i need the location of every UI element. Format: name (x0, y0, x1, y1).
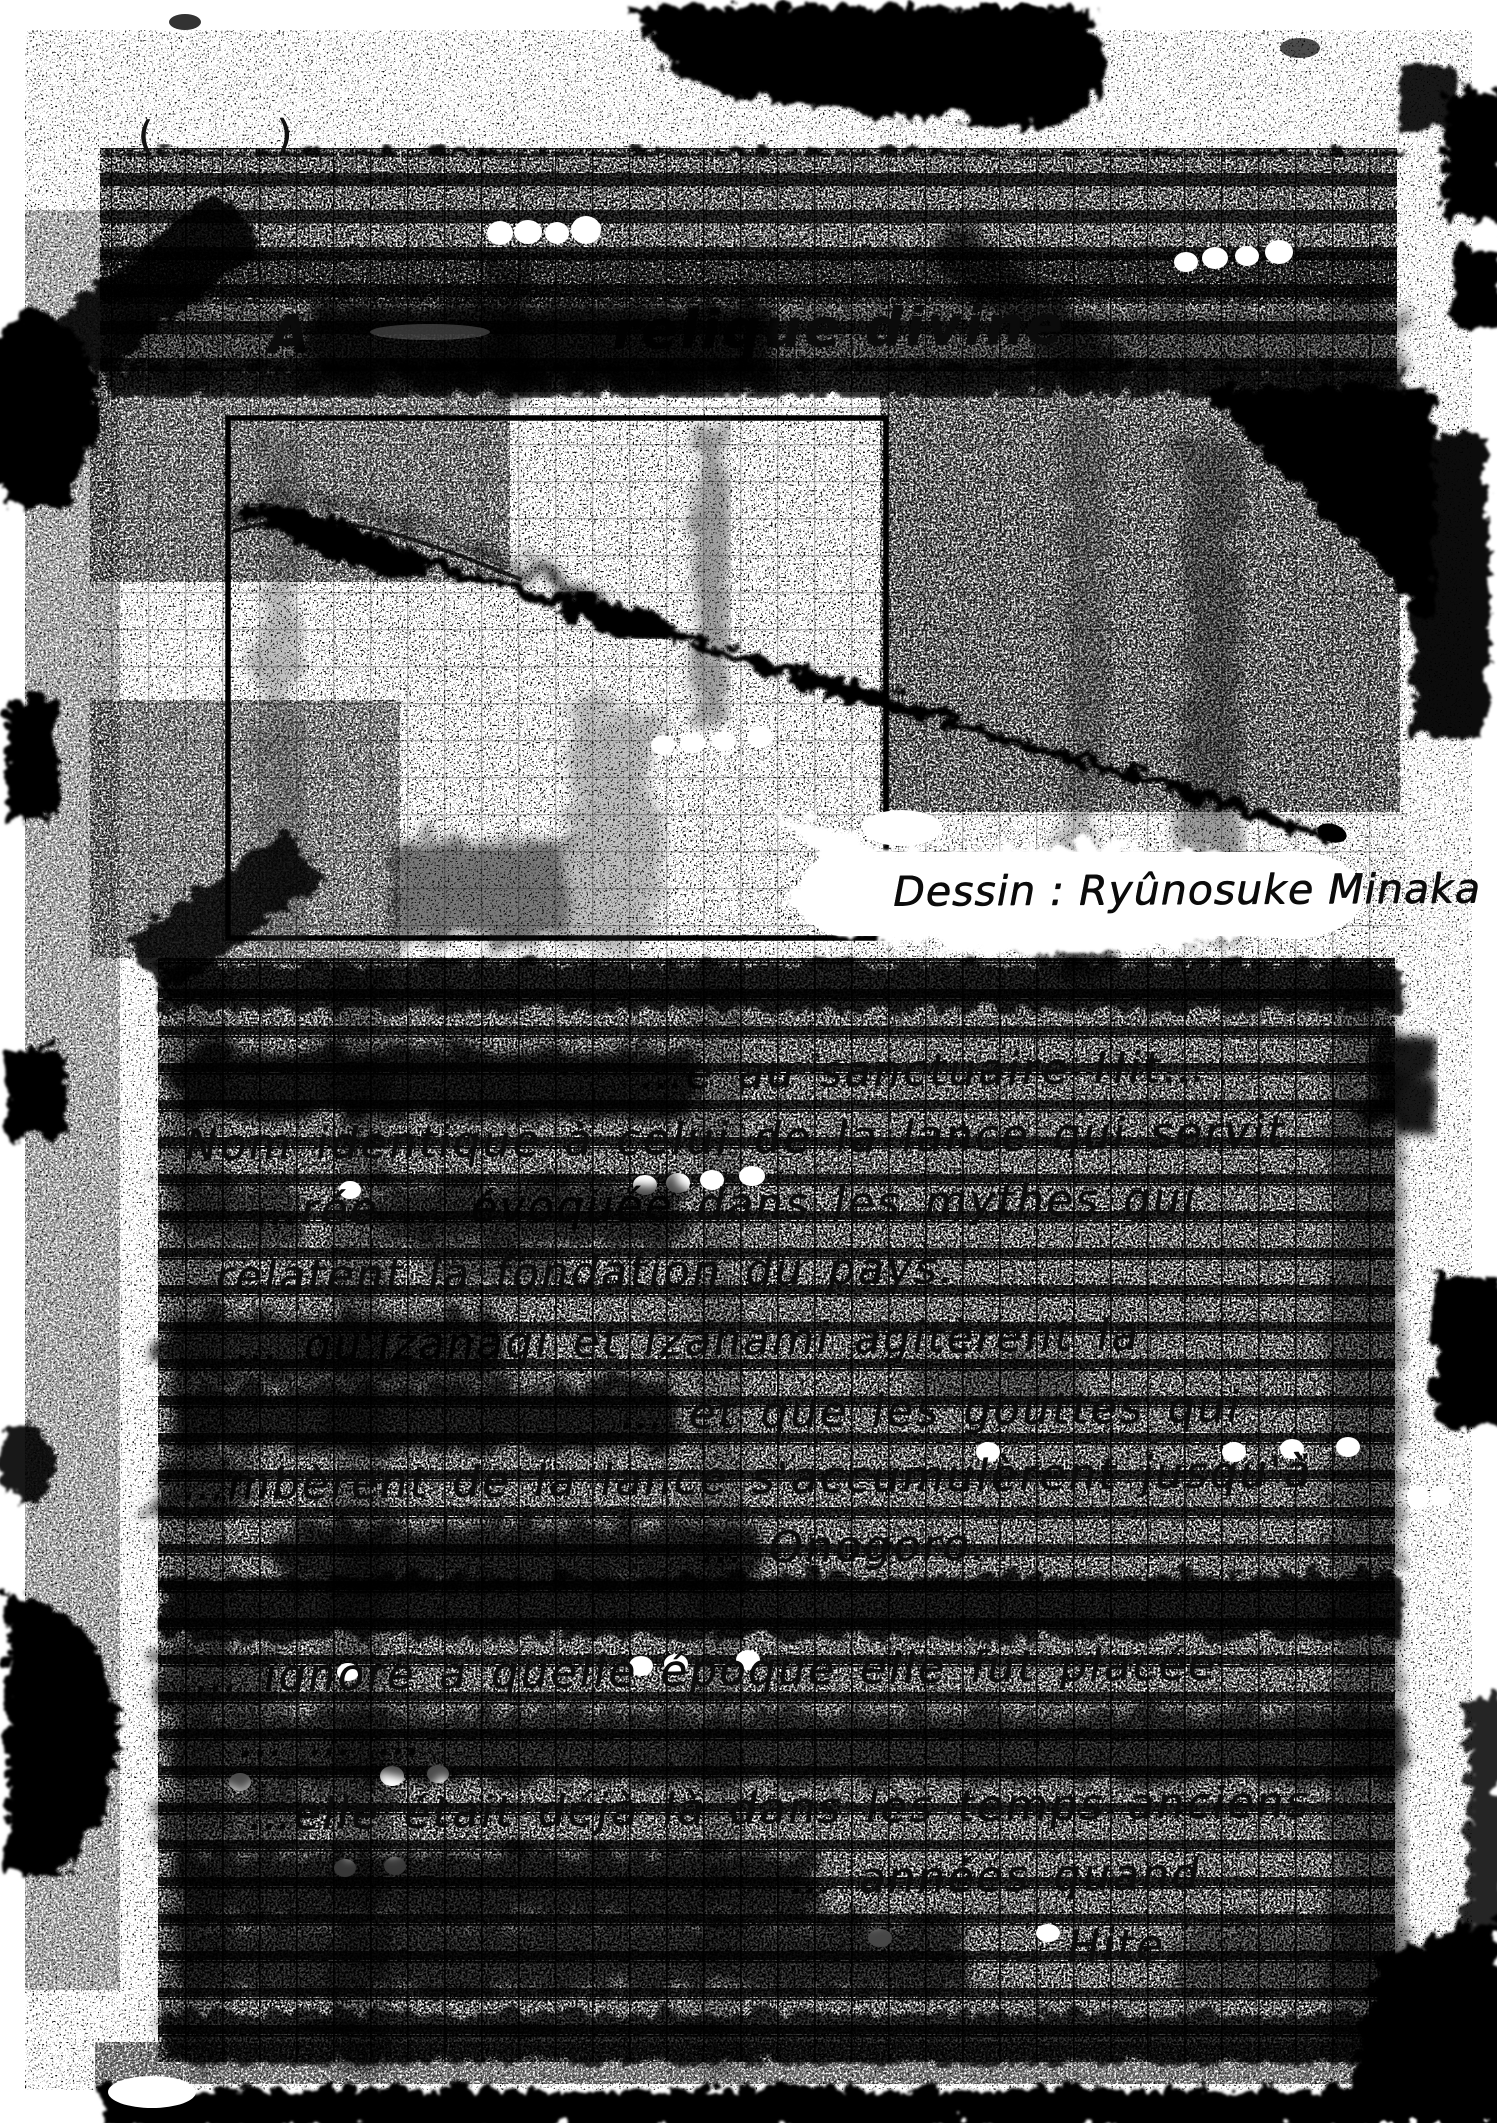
header-parentheses-marks: ( ) (138, 111, 348, 158)
header-underlines (140, 178, 960, 183)
body-line-1: …e au sanctuaire Hit… (640, 1043, 1208, 1100)
body-line-9: … ignore à quelle époque elle fut placée (195, 1640, 1217, 1702)
title-illegible-gap (312, 349, 612, 353)
spear-cord (212, 491, 602, 589)
illustration-frame (228, 418, 886, 940)
body-line-12: … années quand (790, 1849, 1202, 1904)
body-line-8: … Onogoro. (700, 1520, 988, 1574)
body-line-13: … … Hite. (930, 1920, 1182, 1973)
bottom-toner-band (95, 1912, 1497, 2123)
illustration-credit: Dessin : Ryûnosuke Minaka (893, 864, 1481, 915)
title-visible-initial: A (268, 304, 313, 366)
dark-corner-smudge-topright (1192, 382, 1428, 618)
body-line-4: relatent la fondation du pays. (215, 1243, 956, 1302)
body-line-6: … et que les gouttes qui (620, 1382, 1242, 1440)
spear-blade (236, 497, 428, 576)
title-visible-text: relique divine (612, 295, 1066, 362)
spear-wrap-2 (788, 668, 886, 700)
page-title: Arelique divine (268, 295, 1066, 366)
body-line-7: …mbèrent de la lance s'accumulèrent jusq… (182, 1447, 1313, 1511)
scanned-document-page: ( ) Arelique divine Dessin : Ryûnosuke M… (0, 0, 1497, 2123)
body-line-5: … qu'Izanagi et Izanami agitèrent la (235, 1310, 1141, 1371)
lance-spear-drawing (212, 491, 1349, 846)
spear-wrap-1 (560, 598, 668, 632)
margin-toner-blobs (0, 0, 1497, 1930)
body-line-10: … … … (240, 1715, 423, 1767)
body-line-11: …elle était déjà là dans les temps ancie… (248, 1778, 1311, 1841)
body-line-3: …rée … évoquée dans les mythes qui (255, 1174, 1198, 1236)
body-line-2: Nom identique à celui de la lance qui se… (185, 1107, 1287, 1170)
